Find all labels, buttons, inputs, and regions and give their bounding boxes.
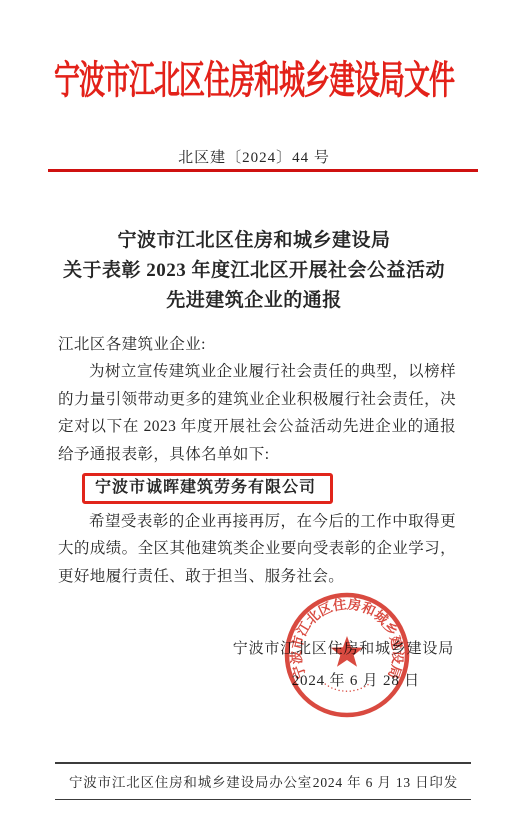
document-title: 宁波市江北区住房和城乡建设局 关于表彰 2023 年度江北区开展社会公益活动 先… bbox=[20, 226, 488, 316]
svg-text:•••••••••••••: ••••••••••••• bbox=[322, 681, 372, 695]
footer-bottom-rule bbox=[55, 799, 471, 801]
awarded-company-row: 宁波市诚晖建筑劳务有限公司 bbox=[58, 473, 456, 505]
footer-print-date: 2024 年 6 月 13 日印发 bbox=[313, 771, 458, 791]
footer-imprint: 宁波市江北区住房和城乡建设局办公室 2024 年 6 月 13 日印发 bbox=[55, 762, 471, 800]
title-line-1: 宁波市江北区住房和城乡建设局 bbox=[20, 226, 488, 256]
document-number: 北区建〔2024〕44 号 bbox=[0, 146, 508, 167]
paragraph-2: 希望受表彰的企业再接再厉，在今后的工作中取得更大的成绩。全区其他建筑类企业要向受… bbox=[58, 508, 456, 590]
red-separator-rule bbox=[48, 169, 478, 172]
letterhead-title: 宁波市江北区住房和城乡建设局文件 bbox=[0, 50, 508, 106]
seal-star-icon bbox=[331, 636, 363, 667]
salutation: 江北区各建筑业企业: bbox=[58, 331, 456, 358]
document-body: 江北区各建筑业企业: 为树立宣传建筑业企业履行社会责任的典型，以榜样的力量引领带… bbox=[58, 331, 456, 590]
document-page: 宁波市江北区住房和城乡建设局文件 北区建〔2024〕44 号 宁波市江北区住房和… bbox=[0, 0, 508, 815]
title-line-3: 先进建筑企业的通报 bbox=[20, 286, 488, 316]
title-line-2: 关于表彰 2023 年度江北区开展社会公益活动 bbox=[20, 256, 488, 286]
awarded-company-box: 宁波市诚晖建筑劳务有限公司 bbox=[82, 473, 333, 504]
official-seal-stamp: 宁波市江北区住房和城乡建设局 ••••••••••••• bbox=[281, 589, 413, 721]
footer-office: 宁波市江北区住房和城乡建设局办公室 bbox=[69, 771, 312, 791]
seal-micro-marks: ••••••••••••• bbox=[322, 681, 372, 695]
paragraph-1: 为树立宣传建筑业企业履行社会责任的典型，以榜样的力量引领带动更多的建筑业企业积极… bbox=[58, 358, 456, 468]
